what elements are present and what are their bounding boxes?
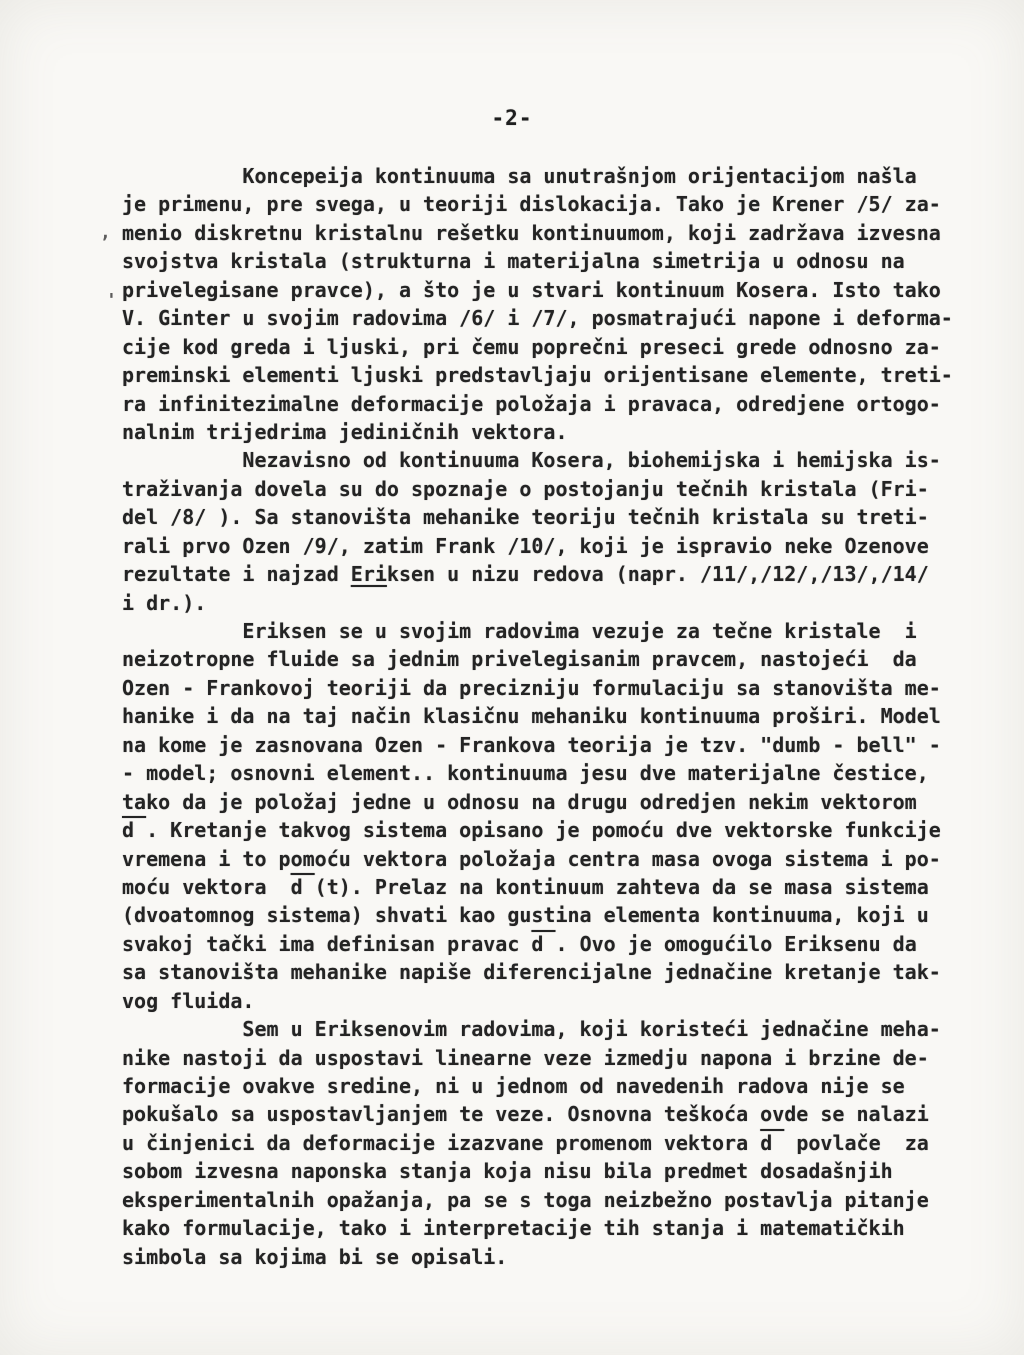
text-line: hanike i da na taj način klasičnu mehani…: [122, 702, 953, 730]
text-line: neizotropne fluide sa jednim privelegisa…: [122, 645, 953, 673]
text-segment: svojstva kristala (strukturna i materija…: [122, 249, 905, 273]
text-segment: pokušalo sa uspostavljanjem te veze. Osn…: [122, 1102, 929, 1126]
text-line: ra infinitezimalne deformacije položaja …: [122, 390, 953, 418]
text-segment: menio diskretnu kristalnu rešetku kontin…: [122, 221, 941, 245]
text-line: svakoj tački ima definisan pravac d . Ov…: [122, 930, 953, 958]
text-line: Sem u Eriksenovim radovima, koji koriste…: [122, 1015, 953, 1043]
text-segment: Ozen - Frankovoj teoriji da precizniju f…: [122, 676, 941, 700]
text-line: Koncepeija kontinuuma sa unutrašnjom ori…: [122, 162, 953, 190]
text-segment: traživanja dovela su do spoznaje o posto…: [122, 477, 929, 501]
text-segment: kako formulacije, tako i interpretacije …: [122, 1216, 905, 1240]
text-line: kako formulacije, tako i interpretacije …: [122, 1214, 953, 1242]
text-segment: nike nastoji da uspostavi linearne veze …: [122, 1046, 929, 1070]
text-segment: vog fluida.: [122, 989, 254, 1013]
text-segment: povlače za: [784, 1131, 929, 1155]
text-line: simbola sa kojima bi se opisali.: [122, 1243, 953, 1271]
text-segment: Sem u Eriksenovim radovima, koji koriste…: [122, 1017, 941, 1041]
text-segment: je primenu, pre svega, u teoriji disloka…: [122, 192, 941, 216]
text-segment: hanike i da na taj način klasičnu mehani…: [122, 704, 941, 728]
text-line: (dvoatomnog sistema) shvati kao gustina …: [122, 901, 953, 929]
text-segment: . Ovo je omogućilo Eriksenu da: [556, 932, 917, 956]
text-line: na kome je zasnovana Ozen - Frankova teo…: [122, 731, 953, 759]
text-segment: svakoj tački ima definisan pravac: [122, 932, 531, 956]
text-line: tako da je položaj jedne u odnosu na dru…: [122, 788, 953, 816]
text-segment: u činjenici da deformacije izazvane prom…: [122, 1131, 760, 1155]
text-line: sobom izvesna naponska stanja koja nisu …: [122, 1157, 953, 1185]
text-segment: ra infinitezimalne deformacije položaja …: [122, 392, 941, 416]
text-segment: nalnim trijedrima jediničnih vektora.: [122, 420, 568, 444]
text-segment: (t). Prelaz na kontinuum zahteva da se m…: [315, 875, 929, 899]
text-line: d . Kretanje takvog sistema opisano je p…: [122, 816, 953, 844]
vector-symbol: d: [760, 1131, 784, 1155]
text-segment: rezultate i najzad: [122, 562, 351, 586]
text-segment: del /8/ ). Sa stanovišta mehanike teorij…: [122, 505, 929, 529]
text-segment: cije kod greda i ljuski, pri čemu popreč…: [122, 335, 941, 359]
text-line: traživanja dovela su do spoznaje o posto…: [122, 475, 953, 503]
vector-symbol: d: [531, 932, 555, 956]
scanned-document-page: -2- Koncepeija kontinuuma sa unutrašnjom…: [0, 0, 1024, 1355]
text-segment: vremena i to pomoću vektora položaja cen…: [122, 847, 941, 871]
text-segment: V. Ginter u svojim radovima /6/ i /7/, p…: [122, 306, 953, 330]
text-segment: moću vektora: [122, 875, 291, 899]
text-segment: formacije ovakve sredine, ni u jednom od…: [122, 1074, 905, 1098]
text-line: preminski elementi ljuski predstavljaju …: [122, 361, 953, 389]
text-segment: (dvoatomnog sistema) shvati kao gustina …: [122, 903, 929, 927]
vector-symbol: d: [291, 875, 315, 899]
text-line: i dr.).: [122, 589, 953, 617]
text-segment: i dr.).: [122, 591, 206, 615]
text-line: cije kod greda i ljuski, pri čemu popreč…: [122, 333, 953, 361]
text-line: svojstva kristala (strukturna i materija…: [122, 247, 953, 275]
text-line: pokušalo sa uspostavljanjem te veze. Osn…: [122, 1100, 953, 1128]
text-segment: sa stanovišta mehanike napiše diferencij…: [122, 960, 941, 984]
text-segment: Nezavisno od kontinuuma Kosera, biohemij…: [122, 448, 941, 472]
text-line: vremena i to pomoću vektora položaja cen…: [122, 845, 953, 873]
text-segment: na kome je zasnovana Ozen - Frankova teo…: [122, 733, 941, 757]
text-segment: Koncepeija kontinuuma sa unutrašnjom ori…: [122, 164, 917, 188]
text-line: moću vektora d (t). Prelaz na kontinuum …: [122, 873, 953, 901]
text-segment: eksperimentalnih opažanja, pa se s toga …: [122, 1188, 929, 1212]
text-line: Nezavisno od kontinuuma Kosera, biohemij…: [122, 446, 953, 474]
text-line: V. Ginter u svojim radovima /6/ i /7/, p…: [122, 304, 953, 332]
text-segment: - model; osnovni element.. kontinuuma je…: [122, 761, 929, 785]
margin-mark: ,: [100, 222, 111, 243]
text-segment: preminski elementi ljuski predstavljaju …: [122, 363, 953, 387]
text-segment: simbola sa kojima bi se opisali.: [122, 1245, 507, 1269]
text-line: - model; osnovni element.. kontinuuma je…: [122, 759, 953, 787]
text-line: eksperimentalnih opažanja, pa se s toga …: [122, 1186, 953, 1214]
vector-symbol: d: [122, 818, 146, 842]
text-line: formacije ovakve sredine, ni u jednom od…: [122, 1072, 953, 1100]
text-line: Ozen - Frankovoj teoriji da precizniju f…: [122, 674, 953, 702]
text-line: vog fluida.: [122, 987, 953, 1015]
text-segment: sobom izvesna naponska stanja koja nisu …: [122, 1159, 893, 1183]
underlined-text: Eri: [351, 562, 387, 586]
text-line: nike nastoji da uspostavi linearne veze …: [122, 1044, 953, 1072]
text-line: sa stanovišta mehanike napiše diferencij…: [122, 958, 953, 986]
text-line: rali prvo Ozen /9/, zatim Frank /10/, ko…: [122, 532, 953, 560]
page-number: -2-: [0, 106, 1024, 130]
text-segment: . Kretanje takvog sistema opisano je pom…: [146, 818, 941, 842]
text-segment: neizotropne fluide sa jednim privelegisa…: [122, 647, 917, 671]
text-segment: privelegisane pravce), a što je u stvari…: [122, 278, 941, 302]
margin-mark: ': [106, 290, 117, 311]
text-line: rezultate i najzad Eriksen u nizu redova…: [122, 560, 953, 588]
document-body: Koncepeija kontinuuma sa unutrašnjom ori…: [122, 162, 953, 1271]
text-segment: rali prvo Ozen /9/, zatim Frank /10/, ko…: [122, 534, 929, 558]
text-segment: tako da je položaj jedne u odnosu na dru…: [122, 790, 917, 814]
text-line: u činjenici da deformacije izazvane prom…: [122, 1129, 953, 1157]
text-line: menio diskretnu kristalnu rešetku kontin…: [122, 219, 953, 247]
text-segment: ksen u nizu redova (napr. /11/,/12/,/13/…: [387, 562, 929, 586]
text-line: privelegisane pravce), a što je u stvari…: [122, 276, 953, 304]
text-line: nalnim trijedrima jediničnih vektora.: [122, 418, 953, 446]
text-line: Eriksen se u svojim radovima vezuje za t…: [122, 617, 953, 645]
text-line: del /8/ ). Sa stanovišta mehanike teorij…: [122, 503, 953, 531]
text-line: je primenu, pre svega, u teoriji disloka…: [122, 190, 953, 218]
text-segment: Eriksen se u svojim radovima vezuje za t…: [122, 619, 917, 643]
